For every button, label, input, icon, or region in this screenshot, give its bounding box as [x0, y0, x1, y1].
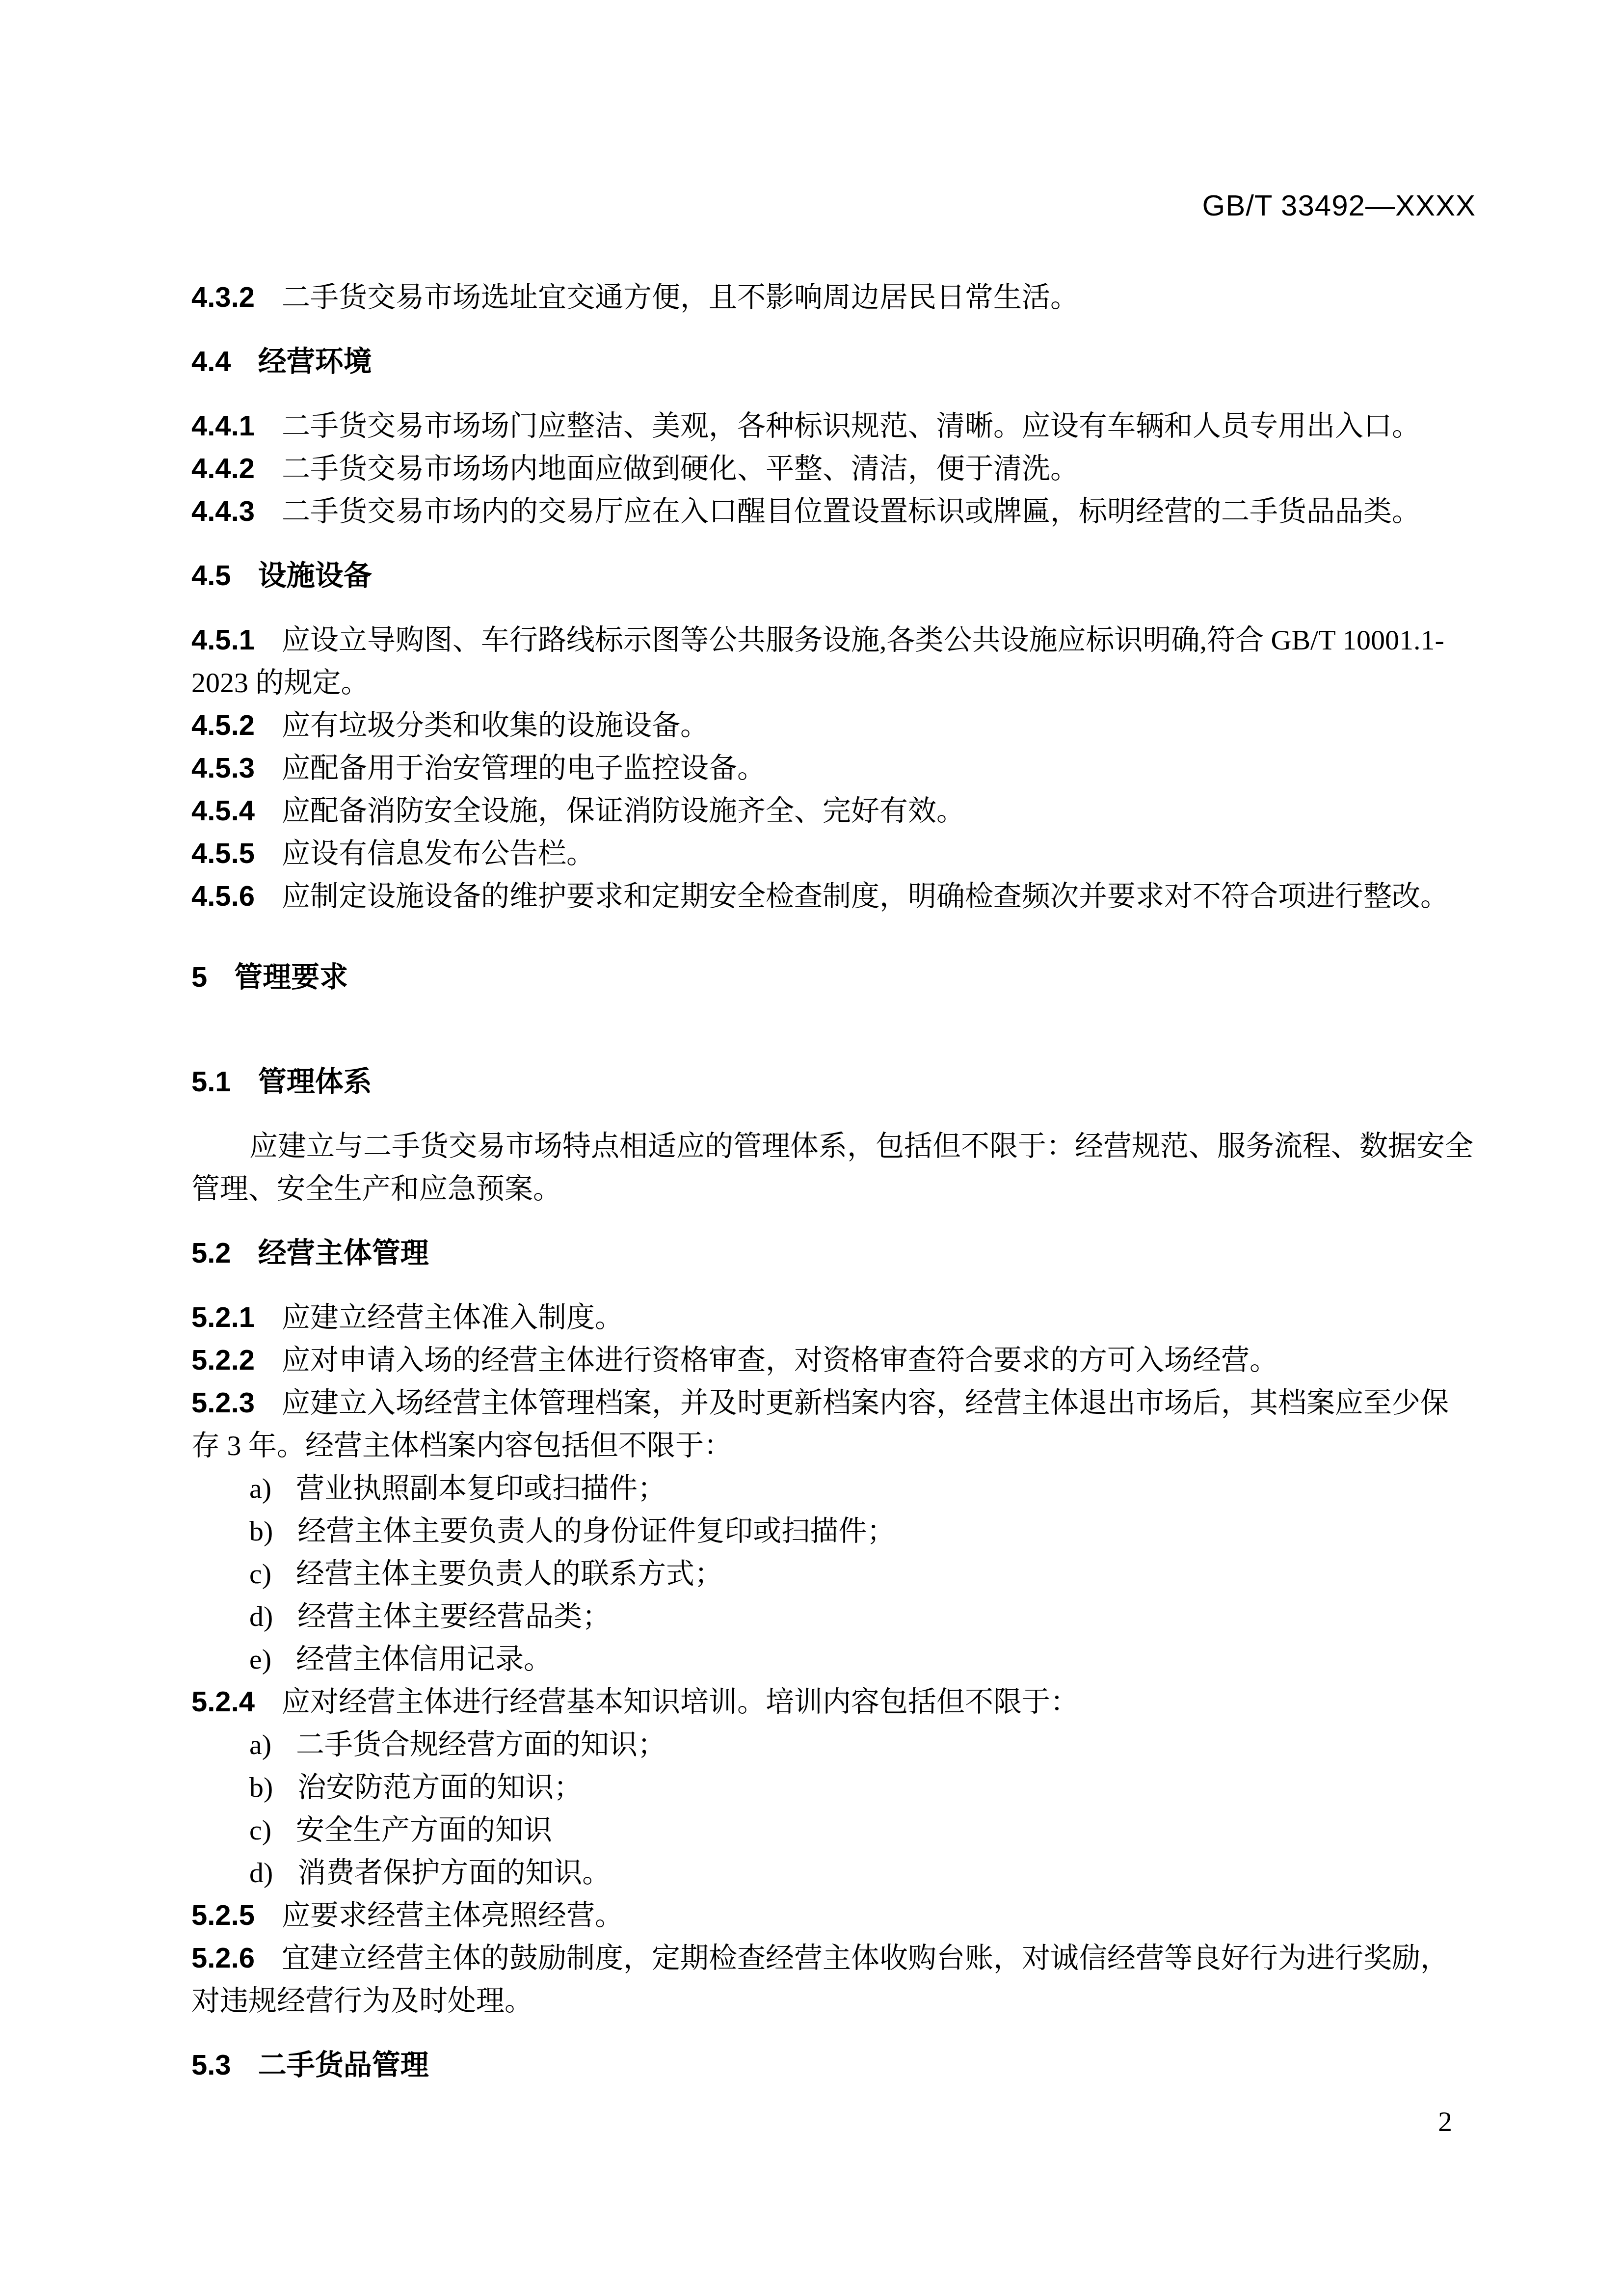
clause-text: 应配备用于治安管理的电子监控设备。 [282, 752, 766, 784]
clause-text: 应制定设施设备的维护要求和定期安全检查制度，明确检查频次并要求对不符合项进行整改… [282, 880, 1449, 912]
heading-text: 管理体系 [258, 1066, 372, 1098]
list-item-d: d)经营主体主要经营品类； [191, 1595, 1476, 1638]
paragraph-5-1-body: 应建立与二手货交易市场特点相适应的管理体系，包括但不限于：经营规范、服务流程、数… [191, 1125, 1476, 1210]
clause-number: 5.2.1 [191, 1301, 255, 1333]
clause-4-3-2: 4.3.2二手货交易市场选址宜交通方便，且不影响周边居民日常生活。 [191, 276, 1476, 319]
list-text: 经营主体信用记录。 [296, 1643, 552, 1675]
heading-text: 二手货品管理 [258, 2049, 429, 2081]
clause-5-2-3: 5.2.3应建立入场经营主体管理档案，并及时更新档案内容，经营主体退出市场后，其… [191, 1381, 1476, 1467]
list-letter: c) [249, 1814, 271, 1846]
clause-text: 二手货交易市场内的交易厅应在入口醒目位置设置标识或牌匾，标明经营的二手货品品类。 [282, 495, 1420, 527]
clause-number: 5.2.5 [191, 1899, 255, 1931]
clause-4-5-5: 4.5.5应设有信息发布公告栏。 [191, 832, 1476, 875]
list-item-a: a)营业执照副本复印或扫描件； [191, 1467, 1476, 1510]
clause-4-4-1: 4.4.1二手货交易市场场门应整洁、美观，各种标识规范、清晰。应设有车辆和人员专… [191, 405, 1476, 447]
heading-number: 4.5 [191, 560, 231, 592]
clause-4-5-2: 4.5.2应有垃圾分类和收集的设施设备。 [191, 704, 1476, 747]
clause-5-2-1: 5.2.1应建立经营主体准入制度。 [191, 1296, 1476, 1339]
clause-text: 应设有信息发布公告栏。 [282, 837, 595, 869]
heading-number: 5.3 [191, 2049, 231, 2081]
list-item-b: b)治安防范方面的知识； [191, 1766, 1476, 1809]
standard-code-header: GB/T 33492—XXXX [191, 190, 1476, 221]
clause-number: 4.5.5 [191, 837, 255, 869]
clause-number: 4.3.2 [191, 281, 255, 313]
clause-number: 4.5.6 [191, 880, 255, 912]
list-item-c: c)安全生产方面的知识 [191, 1809, 1476, 1851]
clause-number: 4.4.3 [191, 495, 255, 527]
heading-text: 经营环境 [258, 346, 372, 378]
list-text: 经营主体主要经营品类； [297, 1600, 611, 1632]
clause-number: 4.5.3 [191, 752, 255, 784]
clause-text: 应要求经营主体亮照经营。 [282, 1899, 623, 1931]
list-item-b: b)经营主体主要负责人的身份证件复印或扫描件； [191, 1510, 1476, 1552]
clause-number: 5.2.2 [191, 1344, 255, 1376]
list-letter: d) [249, 1857, 273, 1889]
list-letter: e) [249, 1643, 271, 1675]
heading-number: 5.1 [191, 1066, 231, 1098]
clause-5-2-4: 5.2.4应对经营主体进行经营基本知识培训。培训内容包括但不限于： [191, 1680, 1476, 1723]
clause-5-2-6: 5.2.6宜建立经营主体的鼓励制度，定期检查经营主体收购台账，对诚信经营等良好行… [191, 1937, 1476, 2022]
document-content: GB/T 33492—XXXX 4.3.2二手货交易市场选址宜交通方便，且不影响… [191, 0, 1476, 2108]
list-letter: a) [249, 1472, 271, 1504]
clause-number: 4.5.2 [191, 709, 255, 741]
list-text: 消费者保护方面的知识。 [297, 1857, 611, 1889]
clause-4-5-4: 4.5.4应配备消防安全设施，保证消防设施齐全、完好有效。 [191, 789, 1476, 832]
heading-number: 4.4 [191, 346, 231, 378]
clause-number: 4.5.1 [191, 624, 255, 656]
heading-number: 5.2 [191, 1237, 231, 1269]
heading-5-3: 5.3二手货品管理 [191, 2044, 1476, 2086]
clause-5-2-2: 5.2.2应对申请入场的经营主体进行资格审查，对资格审查符合要求的方可入场经营。 [191, 1339, 1476, 1381]
clause-4-5-1: 4.5.1应设立导购图、车行路线标示图等公共服务设施,各类公共设施应标识明确,符… [191, 619, 1476, 704]
clause-4-4-2: 4.4.2二手货交易市场场内地面应做到硬化、平整、清洁，便于清洗。 [191, 447, 1476, 490]
document-page: GB/T 33492—XXXX 4.3.2二手货交易市场选址宜交通方便，且不影响… [0, 0, 1623, 2296]
list-text: 营业执照副本复印或扫描件； [296, 1472, 666, 1504]
clause-number: 4.4.2 [191, 453, 255, 485]
clause-text: 应对经营主体进行经营基本知识培训。培训内容包括但不限于： [282, 1686, 1079, 1718]
clause-text: 应配备消防安全设施，保证消防设施齐全、完好有效。 [282, 795, 965, 827]
list-item-a: a)二手货合规经营方面的知识； [191, 1723, 1476, 1766]
clause-number: 5.2.3 [191, 1387, 255, 1419]
clause-number: 4.4.1 [191, 410, 255, 442]
list-letter: b) [249, 1515, 273, 1547]
list-text: 经营主体主要负责人的联系方式； [296, 1558, 723, 1590]
list-item-c: c)经营主体主要负责人的联系方式； [191, 1552, 1476, 1595]
clause-5-2-5: 5.2.5应要求经营主体亮照经营。 [191, 1894, 1476, 1937]
heading-text: 设施设备 [258, 560, 372, 592]
list-text: 经营主体主要负责人的身份证件复印或扫描件； [297, 1515, 895, 1547]
list-item-d: d)消费者保护方面的知识。 [191, 1851, 1476, 1894]
list-item-e: e)经营主体信用记录。 [191, 1638, 1476, 1680]
list-letter: b) [249, 1771, 273, 1803]
clause-text: 应对申请入场的经营主体进行资格审查，对资格审查符合要求的方可入场经营。 [282, 1344, 1278, 1376]
list-text: 治安防范方面的知识； [297, 1771, 582, 1803]
clause-text: 二手货交易市场场内地面应做到硬化、平整、清洁，便于清洗。 [282, 453, 1079, 485]
page-number: 2 [1438, 2107, 1452, 2136]
clause-text: 二手货交易市场场门应整洁、美观，各种标识规范、清晰。应设有车辆和人员专用出入口。 [282, 410, 1420, 442]
list-letter: a) [249, 1729, 271, 1760]
clause-4-5-6: 4.5.6应制定设施设备的维护要求和定期安全检查制度，明确检查频次并要求对不符合… [191, 875, 1476, 918]
chapter-number: 5 [191, 961, 207, 993]
clause-text: 应建立经营主体准入制度。 [282, 1301, 623, 1333]
clause-text: 宜建立经营主体的鼓励制度，定期检查经营主体收购台账，对诚信经营等良好行为进行奖励… [191, 1942, 1449, 2017]
list-letter: c) [249, 1558, 271, 1590]
clause-text: 应有垃圾分类和收集的设施设备。 [282, 709, 709, 741]
clause-text: 应设立导购图、车行路线标示图等公共服务设施,各类公共设施应标识明确,符合 GB/… [191, 624, 1444, 699]
heading-4-5: 4.5设施设备 [191, 554, 1476, 597]
list-letter: d) [249, 1600, 273, 1632]
clause-text: 二手货交易市场选址宜交通方便，且不影响周边居民日常生活。 [282, 281, 1079, 313]
chapter-text: 管理要求 [234, 961, 348, 993]
clause-number: 5.2.6 [191, 1942, 255, 1974]
clause-4-4-3: 4.4.3二手货交易市场内的交易厅应在入口醒目位置设置标识或牌匾，标明经营的二手… [191, 490, 1476, 533]
list-text: 安全生产方面的知识 [296, 1814, 552, 1846]
clause-number: 5.2.4 [191, 1686, 255, 1718]
clause-number: 4.5.4 [191, 795, 255, 827]
heading-4-4: 4.4经营环境 [191, 340, 1476, 383]
clause-text: 应建立入场经营主体管理档案，并及时更新档案内容，经营主体退出市场后，其档案应至少… [191, 1387, 1449, 1461]
chapter-5: 5管理要求 [191, 956, 1476, 999]
list-text: 二手货合规经营方面的知识； [296, 1729, 666, 1760]
heading-5-2: 5.2经营主体管理 [191, 1232, 1476, 1274]
heading-text: 经营主体管理 [258, 1237, 429, 1269]
clause-4-5-3: 4.5.3应配备用于治安管理的电子监控设备。 [191, 747, 1476, 789]
heading-5-1: 5.1管理体系 [191, 1060, 1476, 1103]
